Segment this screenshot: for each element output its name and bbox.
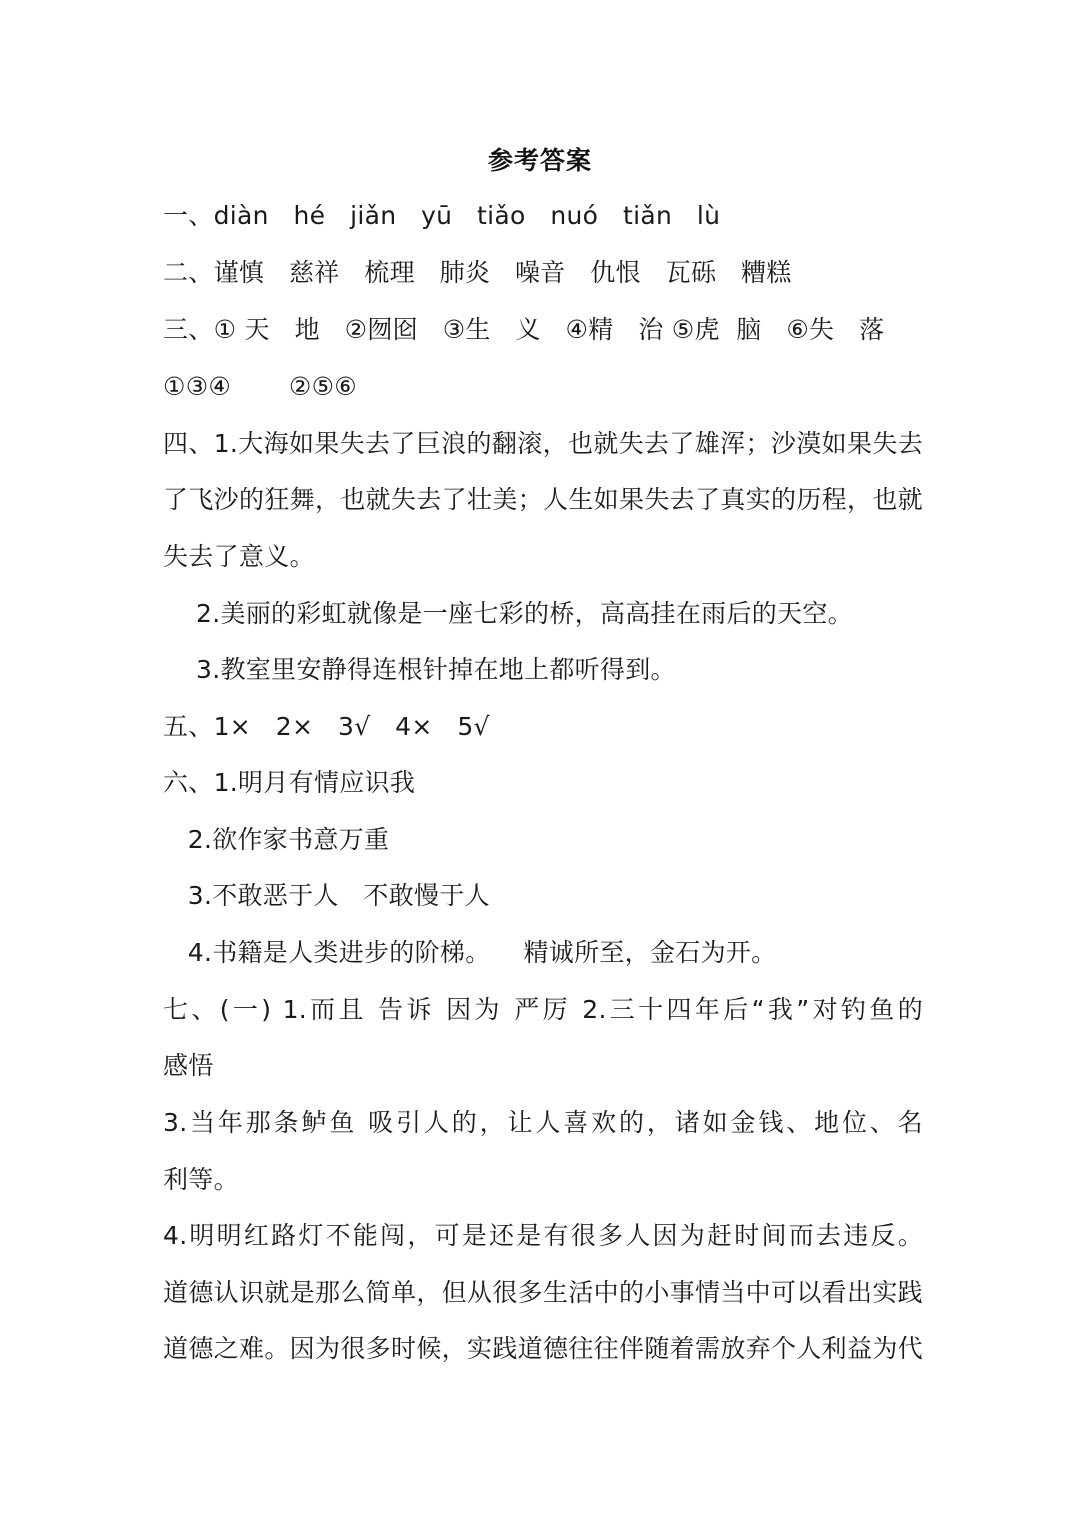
section-7-line1: 七、(一) 1.而且 告诉 因为 严厉 2.三十四年后“我”对钓鱼的 [163,992,923,1028]
section-4-item1-line3: 失去了意义。 [163,539,923,575]
section-7-line4: 利等。 [163,1162,923,1198]
section-6-item3: 3.不敢恶于人 不敢慢于人 [163,878,923,914]
section-7-line7: 道德之难。因为很多时候，实践道德往往伴随着需放弃个人利益为代 [163,1331,923,1367]
section-7-line2: 感悟 [163,1048,923,1084]
page-title: 参考答案 [0,141,1080,177]
section-1-pinyin-answers: 一、diàn hé jiǎn yū tiǎo nuó tiǎn lù [163,198,923,234]
section-3-idiom-answers: 三、① 天 地 ②囫囵 ③生 义 ④精 治 ⑤虎 脑 ⑥失 落 [163,312,923,348]
answer-sheet-page: 参考答案 一、diàn hé jiǎn yū tiǎo nuó tiǎn lù … [0,0,1080,1527]
section-4-item1-line1: 四、1.大海如果失去了巨浪的翻滚，也就失去了雄浑；沙漠如果失去 [163,426,923,462]
section-2-word-answers: 二、谨慎 慈祥 梳理 肺炎 噪音 仇恨 瓦砾 糟糕 [163,255,923,291]
section-7-line5: 4.明明红路灯不能闯，可是还是有很多人因为赶时间而去违反。 [163,1218,923,1254]
section-7-line6: 道德认识就是那么简单，但从很多生活中的小事情当中可以看出实践 [163,1275,923,1311]
section-6-item1: 六、1.明月有情应识我 [163,765,923,801]
section-6-item2: 2.欲作家书意万重 [163,822,923,858]
section-4-item2: 2.美丽的彩虹就像是一座七彩的桥，高高挂在雨后的天空。 [163,596,923,632]
section-6-item4: 4.书籍是人类进步的阶梯。 精诚所至，金石为开。 [163,935,923,971]
section-4-item3: 3.教室里安静得连根针掉在地上都听得到。 [163,652,923,688]
section-5-true-false-answers: 五、1× 2× 3√ 4× 5√ [163,709,923,745]
section-3-grouping-answers: ①③④ ②⑤⑥ [163,369,923,405]
section-4-item1-line2: 了飞沙的狂舞，也就失去了壮美；人生如果失去了真实的历程，也就 [163,482,923,518]
section-7-line3: 3.当年那条鲈鱼 吸引人的，让人喜欢的，诸如金钱、地位、名 [163,1105,923,1141]
